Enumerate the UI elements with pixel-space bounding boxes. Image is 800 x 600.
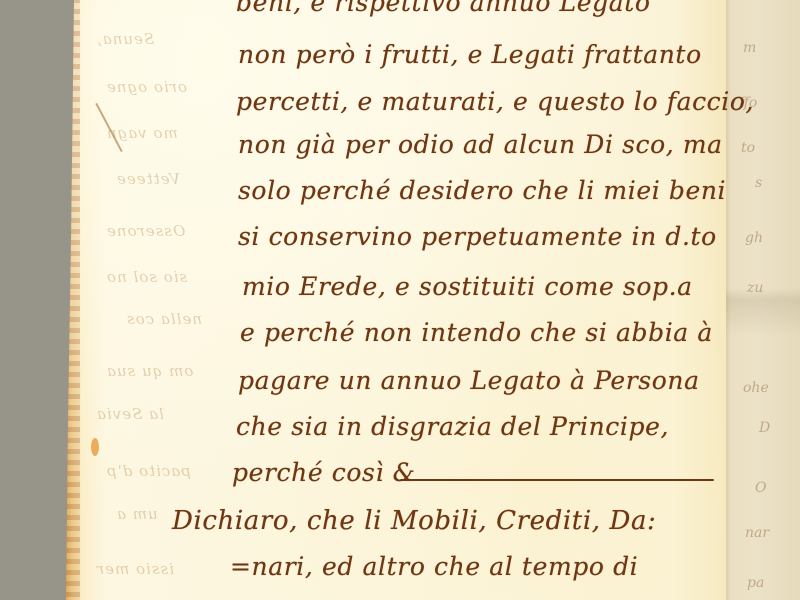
next-page-ghost-text: zu	[747, 280, 763, 296]
manuscript-line-8: e perché non intendo che si abbia à	[240, 318, 713, 347]
manuscript-line-6: si conservino perpetuamente in d.to	[238, 222, 717, 251]
next-page-ghost-text: ohe	[743, 380, 769, 396]
ghost-text: pacito d'p	[106, 462, 191, 480]
ghost-text: Osserone	[106, 222, 185, 240]
next-page-ghost-text: pa	[747, 575, 764, 591]
next-page-ghost-text: s	[755, 175, 762, 191]
ghost-text: sio sol no	[106, 268, 187, 286]
manuscript-line-5: solo perché desidero che li miei beni	[238, 176, 726, 205]
manuscript-line-10: che sia in disgrazia del Principe,	[236, 412, 669, 441]
manuscript-line-11: perché così &	[232, 458, 415, 487]
ghost-text: om qu sua	[106, 362, 193, 380]
manuscript-line-4: non già per odio ad alcun Di sco, ma	[238, 130, 723, 159]
next-page-ghost-text: O	[755, 480, 766, 496]
manuscript-line-12: Dichiaro, che li Mobili, Crediti, Da:	[172, 506, 656, 536]
ghost-text: um a	[116, 505, 158, 523]
ghost-text: la Sevia	[96, 405, 164, 423]
manuscript-line-9: pagare un annuo Legato à Persona	[238, 366, 700, 395]
ghost-text: Vetteee	[116, 170, 180, 188]
manuscript-line-1: beni, e rispettivo annuo Legato	[236, 0, 651, 17]
manuscript-line-13: =nari, ed altro che al tempo di	[230, 552, 638, 581]
ghost-text: orio ogne	[106, 78, 187, 96]
ghost-text: Seuna,	[96, 30, 154, 48]
line-filler-rule	[400, 479, 714, 481]
next-page-ghost-text: to	[741, 140, 755, 156]
next-page-ghost-text: nar	[745, 525, 769, 541]
next-page-ghost-text: D	[759, 420, 770, 436]
ghost-text: nella cos	[126, 310, 202, 328]
ghost-text: issio mer	[96, 560, 174, 578]
ink-stain	[91, 438, 99, 456]
manuscript-scan: m ffo to s gh zu ohe D O nar pa Seuna, o…	[0, 0, 800, 600]
manuscript-line-2: non però i frutti, e Legati frattanto	[238, 40, 702, 69]
next-page-ghost-text: m	[743, 40, 756, 56]
manuscript-line-7: mio Erede, e sostituiti come sop.a	[242, 272, 693, 301]
manuscript-line-3: percetti, e maturati, e questo lo faccio…	[236, 87, 754, 116]
next-page-ghost-text: gh	[745, 230, 763, 246]
